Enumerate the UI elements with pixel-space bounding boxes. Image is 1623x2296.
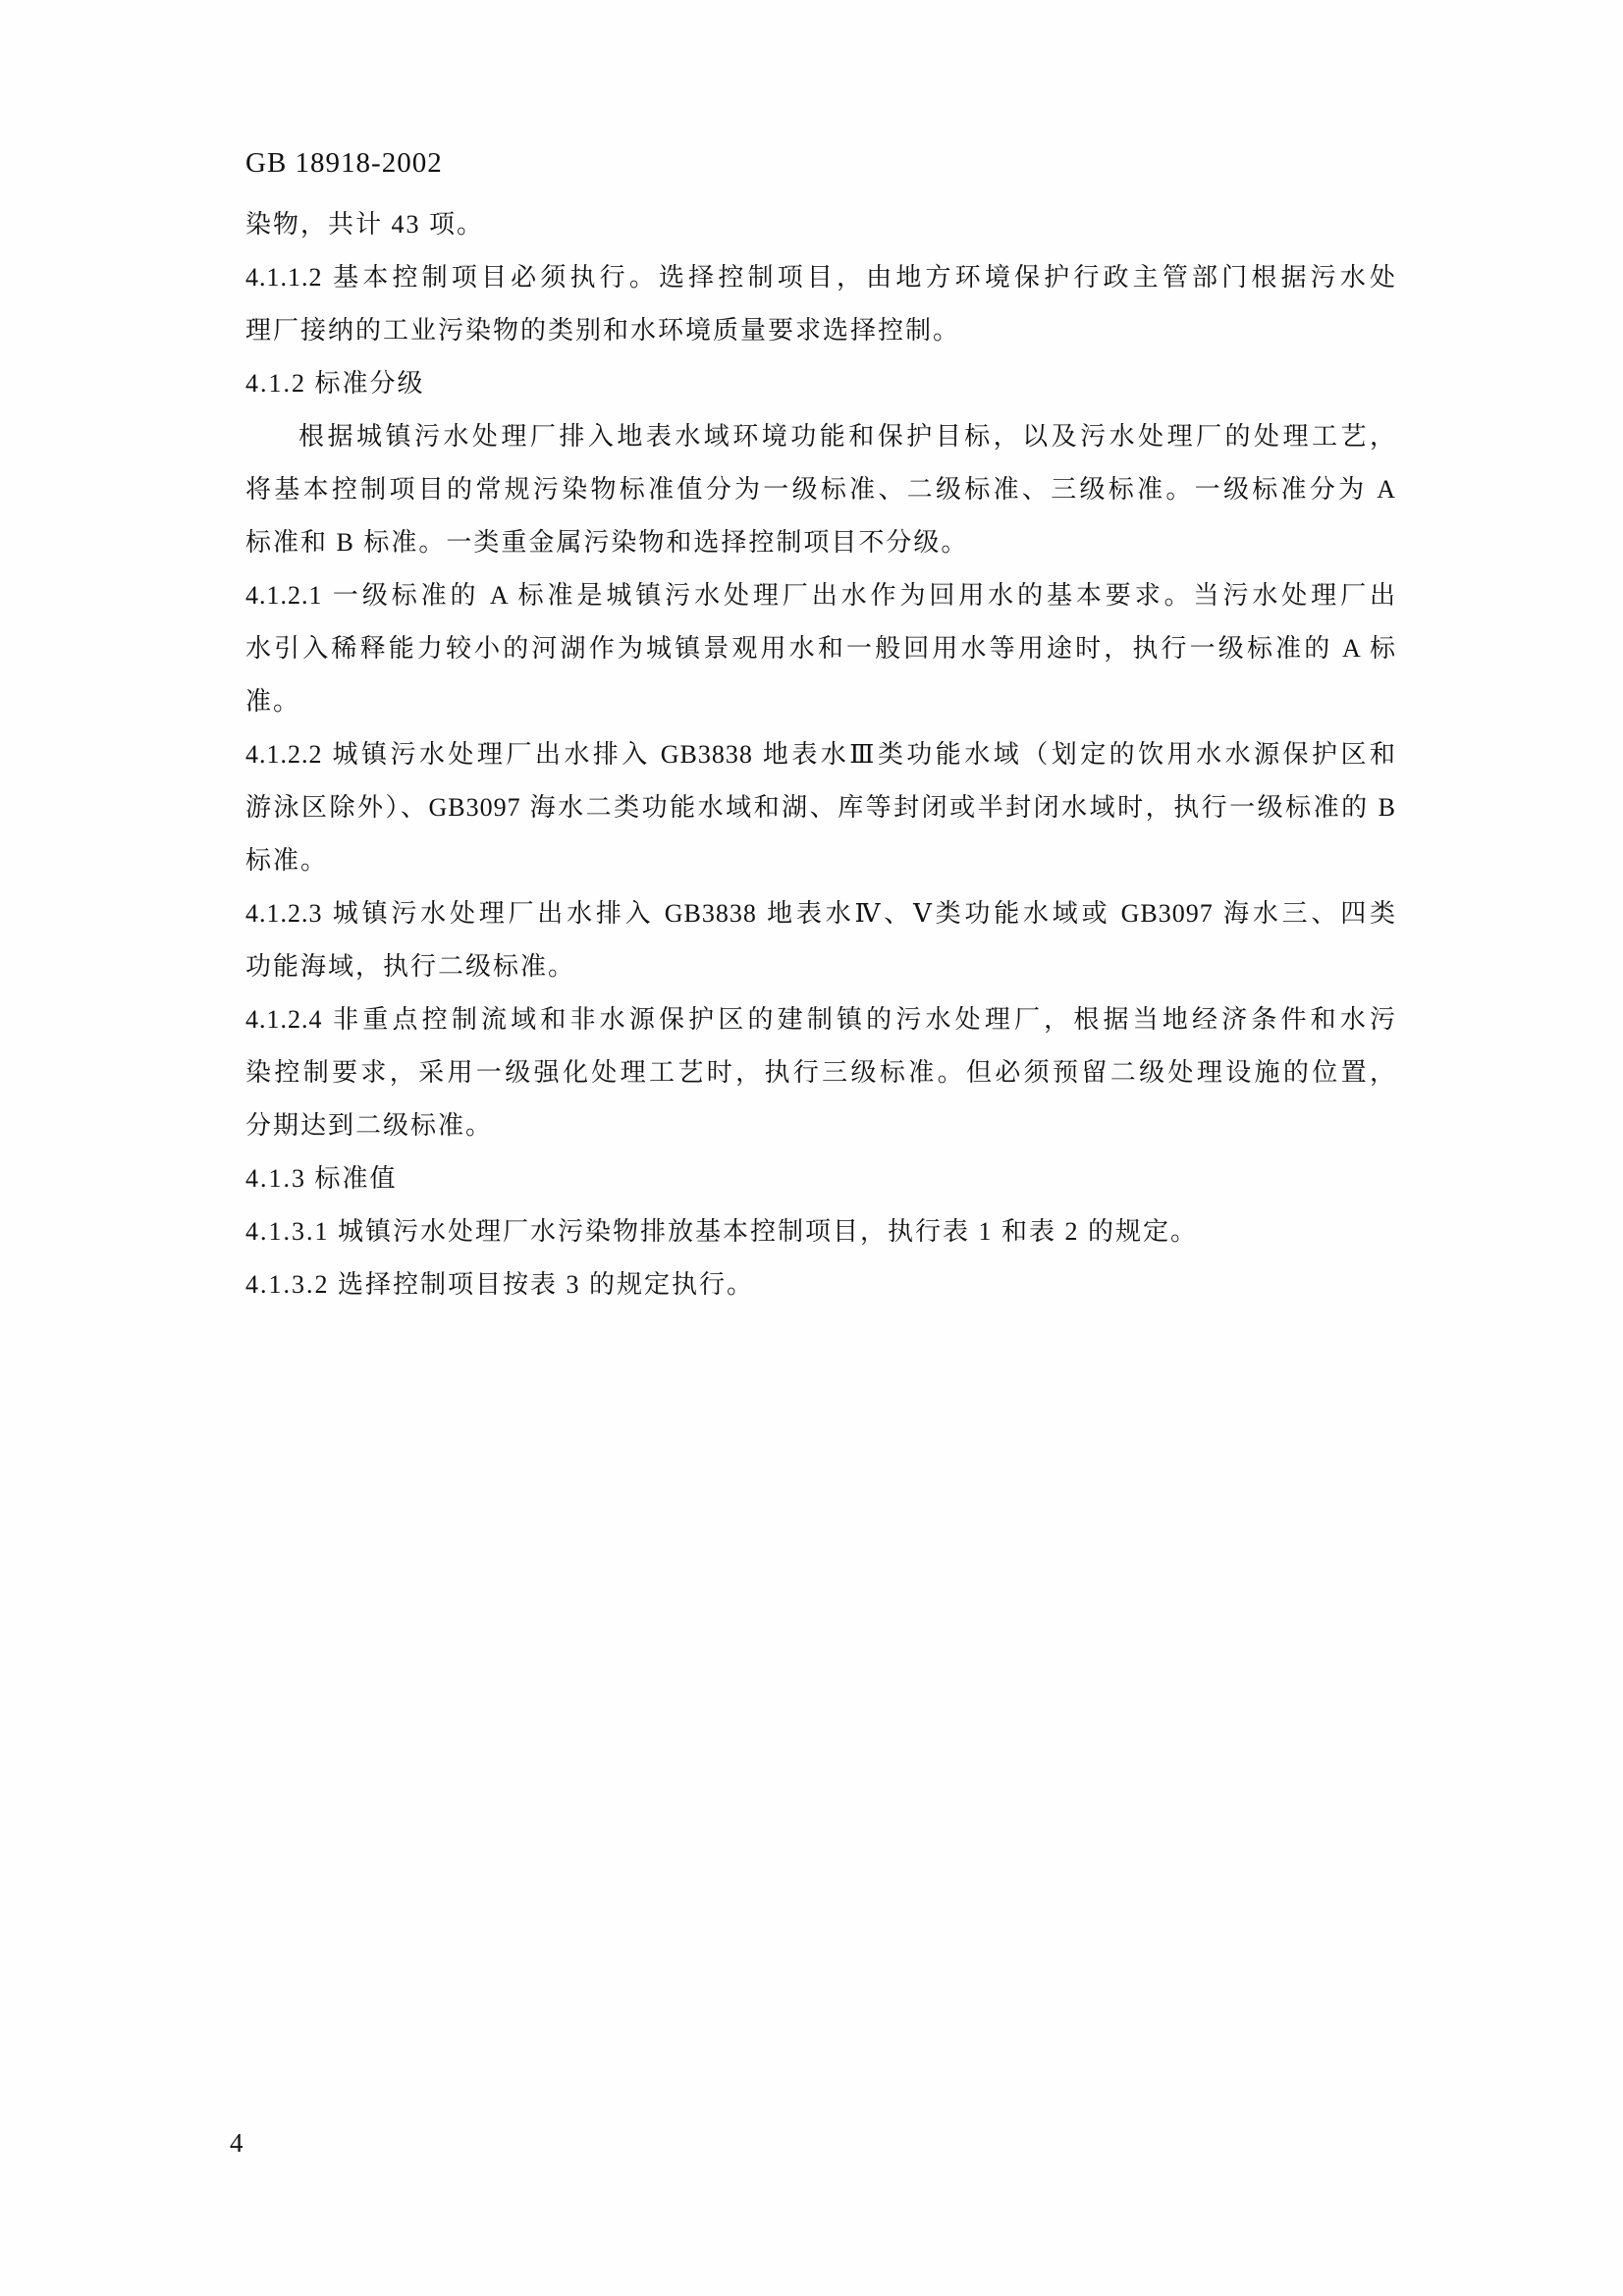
text-line: 分期达到二级标准。	[245, 1099, 1396, 1152]
text-line: 水引入稀释能力较小的河湖作为城镇景观用水和一般回用水等用途时，执行一级标准的 A…	[245, 622, 1396, 675]
text-line: 将基本控制项目的常规污染物标准值分为一级标准、二级标准、三级标准。一级标准分为 …	[245, 463, 1396, 516]
document-page: GB 18918-2002 染物，共计 43 项。 4.1.1.2 基本控制项目…	[0, 0, 1623, 2296]
text-line: 标准和 B 标准。一类重金属污染物和选择控制项目不分级。	[245, 516, 1396, 569]
text-line-clause-4132: 4.1.3.2 选择控制项目按表 3 的规定执行。	[245, 1258, 1396, 1311]
page-number: 4	[230, 2116, 243, 2169]
text-line-clause-4112: 4.1.1.2 基本控制项目必须执行。选择控制项目，由地方环境保护行政主管部门根…	[245, 251, 1396, 304]
text-line: 染物，共计 43 项。	[245, 198, 1396, 251]
text-line: 游泳区除外）、GB3097 海水二类功能水域和湖、库等封闭或半封闭水域时，执行一…	[245, 781, 1396, 834]
section-heading-413: 4.1.3 标准值	[245, 1152, 1396, 1205]
text-line: 根据城镇污水处理厂排入地表水域环境功能和保护目标，以及污水处理厂的处理工艺，	[245, 410, 1396, 463]
text-line: 准。	[245, 675, 1396, 728]
section-heading-412: 4.1.2 标准分级	[245, 357, 1396, 410]
text-line: 染控制要求，采用一级强化处理工艺时，执行三级标准。但必须预留二级处理设施的位置，	[245, 1046, 1396, 1099]
text-line: 标准。	[245, 834, 1396, 887]
standard-number-header: GB 18918-2002	[245, 147, 443, 180]
text-line-clause-4131: 4.1.3.1 城镇污水处理厂水污染物排放基本控制项目，执行表 1 和表 2 的…	[245, 1205, 1396, 1258]
text-line-clause-4123: 4.1.2.3 城镇污水处理厂出水排入 GB3838 地表水Ⅳ、Ⅴ类功能水域或 …	[245, 887, 1396, 940]
text-line: 功能海域，执行二级标准。	[245, 940, 1396, 993]
text-line: 理厂接纳的工业污染物的类别和水环境质量要求选择控制。	[245, 304, 1396, 357]
text-line-clause-4124: 4.1.2.4 非重点控制流域和非水源保护区的建制镇的污水处理厂，根据当地经济条…	[245, 993, 1396, 1046]
text-line-clause-4121: 4.1.2.1 一级标准的 A 标准是城镇污水处理厂出水作为回用水的基本要求。当…	[245, 569, 1396, 622]
document-body: 染物，共计 43 项。 4.1.1.2 基本控制项目必须执行。选择控制项目，由地…	[245, 198, 1396, 1311]
text-line-clause-4122: 4.1.2.2 城镇污水处理厂出水排入 GB3838 地表水Ⅲ类功能水域（划定的…	[245, 728, 1396, 781]
